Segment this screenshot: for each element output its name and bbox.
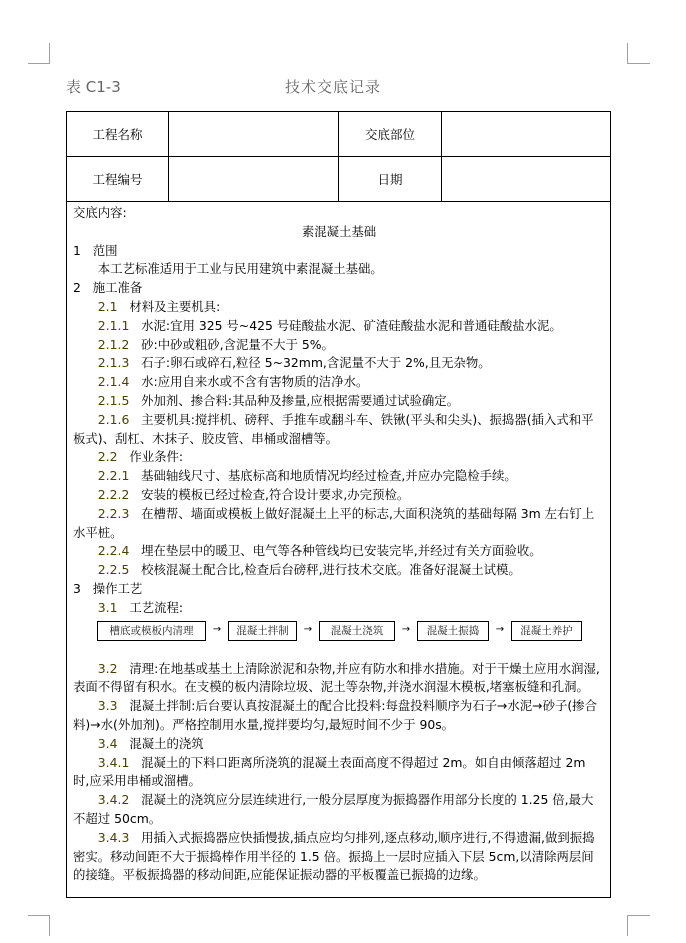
item-text: 埋在垫层中的暖卫、电气等各种管线均已安装完毕,并经过有关方面验收。	[141, 543, 541, 558]
item-text: 基础轴线尺寸、基底标高和地质情况均经过检查,并应办完隐检手续。	[141, 468, 517, 483]
section-title: 范围	[93, 243, 118, 258]
item-2-1: 2.1 材料及主要机具:	[73, 298, 605, 317]
arrow-right-icon: →	[395, 621, 417, 640]
section-2: 2 施工准备	[73, 279, 605, 298]
item-number: 3.3	[98, 698, 118, 713]
section-1-text: 本工艺标准适用于工业与民用建筑中素混凝土基础。	[73, 260, 605, 279]
section-1: 1 范围	[73, 242, 605, 261]
crop-mark-top-right	[627, 43, 650, 64]
item-number: 2.2.4	[98, 543, 130, 558]
item-3-3: 3.3 混凝土拌制:后台要认真按混凝土的配合比投料:每盘投料顺序为石子→水泥→砂…	[73, 697, 605, 735]
item-3-4: 3.4 混凝土的浇筑	[73, 735, 605, 754]
item-number: 2.1.4	[98, 374, 130, 389]
item-number: 3.4.1	[98, 755, 130, 770]
item-text: 用插入式振捣器应快插慢拔,插点应均匀排列,逐点移动,顺序进行,不得遗漏,做到振捣…	[73, 830, 595, 883]
date-field[interactable]	[442, 157, 611, 202]
item-3-2: 3.2 清理:在地基或基土上清除淤泥和杂物,并应有防水和排水措施。对于干燥土应用…	[73, 660, 605, 698]
item-3-1: 3.1 工艺流程:	[73, 599, 605, 618]
item-2-2-2: 2.2.2 安装的模板已经过检查,符合设计要求,办完预检。	[73, 486, 605, 505]
flow-step: 槽底或模板内清理	[97, 621, 206, 641]
flow-step: 混凝土拌制	[228, 621, 297, 641]
item-number: 2.2.2	[98, 487, 130, 502]
content-row: 交底内容: 素混凝土基础 1 范围 本工艺标准适用于工业与民用建筑中素混凝土基础…	[67, 202, 611, 898]
project-number-field[interactable]	[169, 157, 339, 202]
item-text: 石子:卵石或碎石,粒径 5~32mm,含泥量不大于 2%,且无杂物。	[141, 355, 491, 370]
project-number-label: 工程编号	[67, 157, 169, 202]
table-row: 工程编号 日期	[67, 157, 611, 202]
item-number: 2.2.1	[98, 468, 130, 483]
item-2-1-5: 2.1.5 外加剂、掺合料:其品种及掺量,应根据需要通过试验确定。	[73, 392, 605, 411]
section-title: 施工准备	[93, 280, 143, 295]
item-2-2-4: 2.2.4 埋在垫层中的暖卫、电气等各种管线均已安装完毕,并经过有关方面验收。	[73, 542, 605, 561]
item-text: 主要机具:搅拌机、磅秤、手推车或翻斗车、铁锹(平头和尖头)、振捣器(插入式和平板…	[73, 412, 594, 446]
project-name-field[interactable]	[169, 112, 339, 157]
item-2-2-5: 2.2.5 校核混凝土配合比,检查后台磅秤,进行技术交底。准备好混凝土试模。	[73, 561, 605, 580]
crop-mark-bottom-left	[28, 915, 50, 936]
table-row: 工程名称 交底部位	[67, 112, 611, 157]
item-text: 校核混凝土配合比,检查后台磅秤,进行技术交底。准备好混凝土试模。	[141, 562, 521, 577]
spacer	[73, 642, 605, 660]
briefing-location-label: 交底部位	[339, 112, 442, 157]
item-text: 水:应用自来水或不含有害物质的洁净水。	[141, 374, 368, 389]
item-text: 外加剂、掺合料:其品种及掺量,应根据需要通过试验确定。	[141, 393, 459, 408]
item-text: 材料及主要机具:	[129, 299, 220, 314]
section-number: 3	[73, 581, 81, 596]
item-number: 3.2	[98, 661, 118, 676]
item-text: 水泥:宜用 325 号~425 号硅酸盐水泥、矿渣硅酸盐水泥和普通硅酸盐水泥。	[141, 318, 562, 333]
item-2-2-1: 2.2.1 基础轴线尺寸、基底标高和地质情况均经过检查,并应办完隐检手续。	[73, 467, 605, 486]
item-number: 2.1.2	[98, 337, 130, 352]
item-2-1-1: 2.1.1 水泥:宜用 325 号~425 号硅酸盐水泥、矿渣硅酸盐水泥和普通硅…	[73, 317, 605, 336]
content-cell: 交底内容: 素混凝土基础 1 范围 本工艺标准适用于工业与民用建筑中素混凝土基础…	[67, 202, 611, 898]
item-number: 3.4.2	[98, 792, 130, 807]
flow-step: 混凝土浇筑	[319, 621, 395, 641]
item-number: 2.1.1	[98, 318, 130, 333]
arrow-right-icon: →	[489, 621, 511, 640]
subject-title: 素混凝土基础	[73, 223, 605, 242]
content-heading: 交底内容:	[73, 204, 605, 223]
item-number: 2.1.3	[98, 355, 130, 370]
item-2-1-3: 2.1.3 石子:卵石或碎石,粒径 5~32mm,含泥量不大于 2%,且无杂物。	[73, 354, 605, 373]
process-flow: 槽底或模板内清理 → 混凝土拌制 → 混凝土浇筑 → 混凝土振捣 → 混凝土养护	[73, 620, 605, 642]
section-number: 2	[73, 280, 81, 295]
section-3: 3 操作工艺	[73, 580, 605, 599]
flow-step: 混凝土振捣	[417, 621, 489, 641]
project-name-label: 工程名称	[67, 112, 169, 157]
page-title: 技术交底记录	[285, 76, 381, 97]
item-text: 砂:中砂或粗砂,含泥量不大于 5%。	[141, 337, 334, 352]
item-2-2: 2.2 作业条件:	[73, 448, 605, 467]
item-2-1-2: 2.1.2 砂:中砂或粗砂,含泥量不大于 5%。	[73, 336, 605, 355]
briefing-content: 交底内容: 素混凝土基础 1 范围 本工艺标准适用于工业与民用建筑中素混凝土基础…	[67, 202, 610, 885]
item-text: 作业条件:	[129, 449, 183, 464]
item-number: 2.1.5	[98, 393, 130, 408]
date-label: 日期	[339, 157, 442, 202]
crop-mark-bottom-right	[627, 915, 650, 936]
arrow-right-icon: →	[297, 621, 319, 640]
form-code: 表 C1-3	[66, 76, 121, 97]
item-number: 3.4.3	[98, 830, 130, 845]
item-number: 2.1.6	[98, 412, 130, 427]
record-table: 工程名称 交底部位 工程编号 日期 交底内容: 素混凝土基础 1 范围 本工艺标…	[66, 111, 611, 898]
item-3-4-1: 3.4.1 混凝土的下料口距离所浇筑的混凝土表面高度不得超过 2m。如自由倾落超…	[73, 754, 605, 792]
item-text: 混凝土的下料口距离所浇筑的混凝土表面高度不得超过 2m。如自由倾落超过 2m 时…	[73, 755, 585, 789]
arrow-right-icon: →	[206, 621, 228, 640]
item-text: 安装的模板已经过检查,符合设计要求,办完预检。	[141, 487, 409, 502]
item-3-4-2: 3.4.2 混凝土的浇筑应分层连续进行,一般分层厚度为振捣器作用部分长度的 1.…	[73, 791, 605, 829]
item-text: 混凝土的浇筑应分层连续进行,一般分层厚度为振捣器作用部分长度的 1.25 倍,最…	[73, 792, 593, 826]
item-text: 混凝土拌制:后台要认真按混凝土的配合比投料:每盘投料顺序为石子→水泥→砂子(掺合…	[73, 698, 597, 732]
item-3-4-3: 3.4.3 用插入式振捣器应快插慢拔,插点应均匀排列,逐点移动,顺序进行,不得遗…	[73, 829, 605, 885]
flow-step: 混凝土养护	[511, 621, 582, 641]
item-2-2-3: 2.2.3 在槽帮、墙面或模板上做好混凝土上平的标志,大面积浇筑的基础每隔 3m…	[73, 505, 605, 543]
item-number: 3.1	[98, 600, 118, 615]
item-2-1-6: 2.1.6 主要机具:搅拌机、磅秤、手推车或翻斗车、铁锹(平头和尖头)、振捣器(…	[73, 411, 605, 449]
item-2-1-4: 2.1.4 水:应用自来水或不含有害物质的洁净水。	[73, 373, 605, 392]
item-number: 2.2.3	[98, 506, 130, 521]
item-text: 工艺流程:	[129, 600, 183, 615]
item-number: 3.4	[98, 736, 118, 751]
section-number: 1	[73, 243, 81, 258]
item-number: 2.2	[98, 449, 118, 464]
crop-mark-top-left	[28, 43, 50, 64]
item-text: 清理:在地基或基土上清除淤泥和杂物,并应有防水和排水措施。对于干燥土应用水润湿,…	[73, 661, 600, 695]
item-text: 在槽帮、墙面或模板上做好混凝土上平的标志,大面积浇筑的基础每隔 3m 左右钉上水…	[73, 506, 594, 540]
section-title: 操作工艺	[93, 581, 143, 596]
briefing-location-field[interactable]	[442, 112, 611, 157]
item-number: 2.1	[98, 299, 118, 314]
item-text: 混凝土的浇筑	[129, 736, 203, 751]
item-number: 2.2.5	[98, 562, 130, 577]
